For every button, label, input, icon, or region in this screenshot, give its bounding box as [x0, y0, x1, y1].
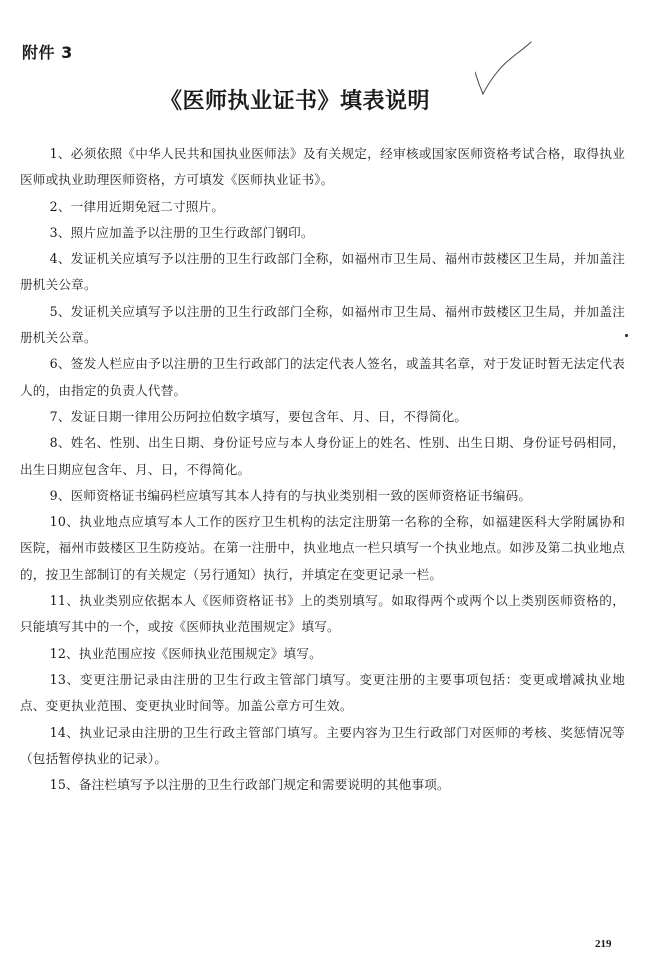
instruction-item-11: 11、执业类别应依据本人《医师资格证书》上的类别填写。如取得两个或两个以上类别医…	[20, 588, 625, 641]
document-page: 附件 3 《医师执业证书》填表说明 1、必须依照《中华人民共和国执业医师法》及有…	[0, 0, 650, 960]
scan-speck	[625, 334, 628, 337]
attachment-label: 附件 3	[22, 40, 73, 63]
instruction-item-3: 3、照片应加盖予以注册的卫生行政部门钢印。	[20, 220, 625, 246]
instruction-item-7: 7、发证日期一律用公历阿拉伯数字填写，要包含年、月、日，不得简化。	[20, 404, 625, 430]
handwritten-checkmark-icon	[475, 40, 535, 100]
instruction-item-12: 12、执业范围应按《医师执业范围规定》填写。	[20, 641, 625, 667]
instruction-item-14: 14、执业记录由注册的卫生行政主管部门填写。主要内容为卫生行政部门对医师的考核、…	[20, 720, 625, 773]
page-number: 219	[595, 938, 612, 950]
instruction-item-1: 1、必须依照《中华人民共和国执业医师法》及有关规定，经审核或国家医师资格考试合格…	[20, 141, 625, 194]
instruction-item-2: 2、一律用近期免冠二寸照片。	[20, 194, 625, 220]
instruction-item-13: 13、变更注册记录由注册的卫生行政主管部门填写。变更注册的主要事项包括：变更或增…	[20, 667, 625, 720]
instruction-item-9: 9、医师资格证书编码栏应填写其本人持有的与执业类别相一致的医师资格证书编码。	[20, 483, 625, 509]
instruction-item-6: 6、签发人栏应由予以注册的卫生行政部门的法定代表人签名，或盖其名章，对于发证时暂…	[20, 351, 625, 404]
instruction-item-10: 10、执业地点应填写本人工作的医疗卫生机构的法定注册第一名称的全称，如福建医科大…	[20, 509, 625, 588]
instruction-list: 1、必须依照《中华人民共和国执业医师法》及有关规定，经审核或国家医师资格考试合格…	[20, 141, 625, 798]
instruction-item-5: 5、发证机关应填写予以注册的卫生行政部门全称，如福州市卫生局、福州市鼓楼区卫生局…	[20, 299, 625, 352]
instruction-item-15: 15、备注栏填写予以注册的卫生行政部门规定和需要说明的其他事项。	[20, 772, 625, 798]
instruction-item-8: 8、姓名、性别、出生日期、身份证号应与本人身份证上的姓名、性别、出生日期、身份证…	[20, 430, 625, 483]
document-title: 《医师执业证书》填表说明	[160, 84, 430, 115]
instruction-item-4: 4、发证机关应填写予以注册的卫生行政部门全称，如福州市卫生局、福州市鼓楼区卫生局…	[20, 246, 625, 299]
